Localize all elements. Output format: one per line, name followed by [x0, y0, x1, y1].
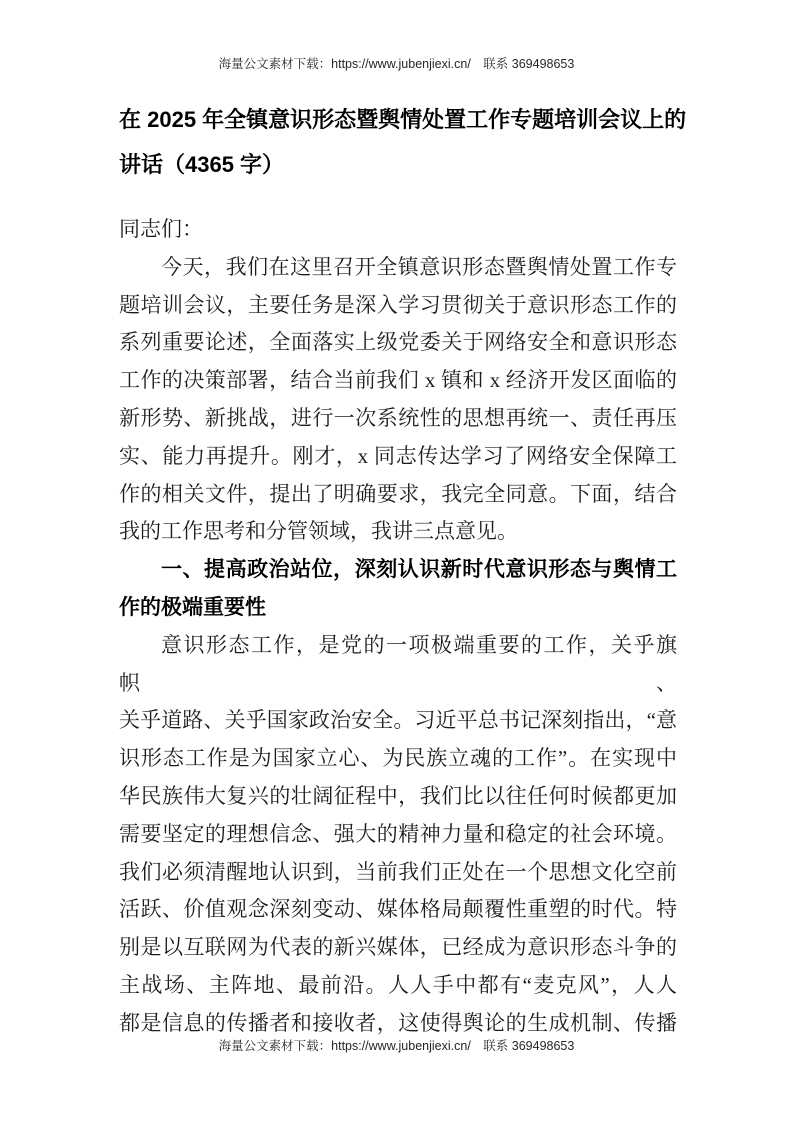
heading-line: 一、提高政治站位，深刻认识新时代意识形态与舆情工 [119, 551, 677, 589]
body-line: 意识形态工作，是党的一项极端重要的工作，关乎旗帜、 [119, 627, 677, 703]
document-page: 海量公文素材下载：https://www.jubenjiexi.cn/ 联系 3… [0, 0, 793, 1122]
heading-line: 作的极端重要性 [119, 589, 677, 627]
body-line: 主战场、主阵地、最前沿。人人手中都有“麦克风”，人人 [119, 967, 677, 1005]
body-line: 需要坚定的理想信念、强大的精神力量和稳定的社会环境。 [119, 816, 677, 854]
body-line: 实、能力再提升。刚才，x 同志传达学习了网络安全保障工 [119, 438, 677, 476]
body-line: 活跃、价值观念深刻变动、媒体格局颠覆性重塑的时代。特 [119, 891, 677, 929]
body-line: 关乎道路、关乎国家政治安全。习近平总书记深刻指出，“意 [119, 702, 677, 740]
body-line: 同志们： [119, 211, 677, 249]
page-title-line: 讲话（4365 字） [119, 142, 677, 187]
body-line: 我的工作思考和分管领域，我讲三点意见。 [119, 513, 677, 551]
page-title: 在 2025 年全镇意识形态暨舆情处置工作专题培训会议上的 讲话（4365 字） [119, 97, 677, 187]
body-line: 工作的决策部署，结合当前我们 x 镇和 x 经济开发区面临的 [119, 362, 677, 400]
body-line: 我们必须清醒地认识到，当前我们正处在一个思想文化空前 [119, 854, 677, 892]
body-line: 题培训会议，主要任务是深入学习贯彻关于意识形态工作的 [119, 287, 677, 325]
body-line: 作的相关文件，提出了明确要求，我完全同意。下面，结合 [119, 476, 677, 514]
body-line: 别是以互联网为代表的新兴媒体，已经成为意识形态斗争的 [119, 929, 677, 967]
body-line: 系列重要论述，全面落实上级党委关于网络安全和意识形态 [119, 324, 677, 362]
body-line: 今天，我们在这里召开全镇意识形态暨舆情处置工作专 [119, 249, 677, 287]
page-title-line: 在 2025 年全镇意识形态暨舆情处置工作专题培训会议上的 [119, 97, 677, 142]
footer-note: 海量公文素材下载：https://www.jubenjiexi.cn/ 联系 3… [0, 1036, 793, 1054]
header-note: 海量公文素材下载：https://www.jubenjiexi.cn/ 联系 3… [0, 54, 793, 72]
body-line: 新形势、新挑战，进行一次系统性的思想再统一、责任再压 [119, 400, 677, 438]
body-line: 华民族伟大复兴的壮阔征程中，我们比以往任何时候都更加 [119, 778, 677, 816]
body-line: 识形态工作是为国家立心、为民族立魂的工作”。在实现中 [119, 740, 677, 778]
doc-body: 同志们：今天，我们在这里召开全镇意识形态暨舆情处置工作专题培训会议，主要任务是深… [119, 211, 677, 1043]
